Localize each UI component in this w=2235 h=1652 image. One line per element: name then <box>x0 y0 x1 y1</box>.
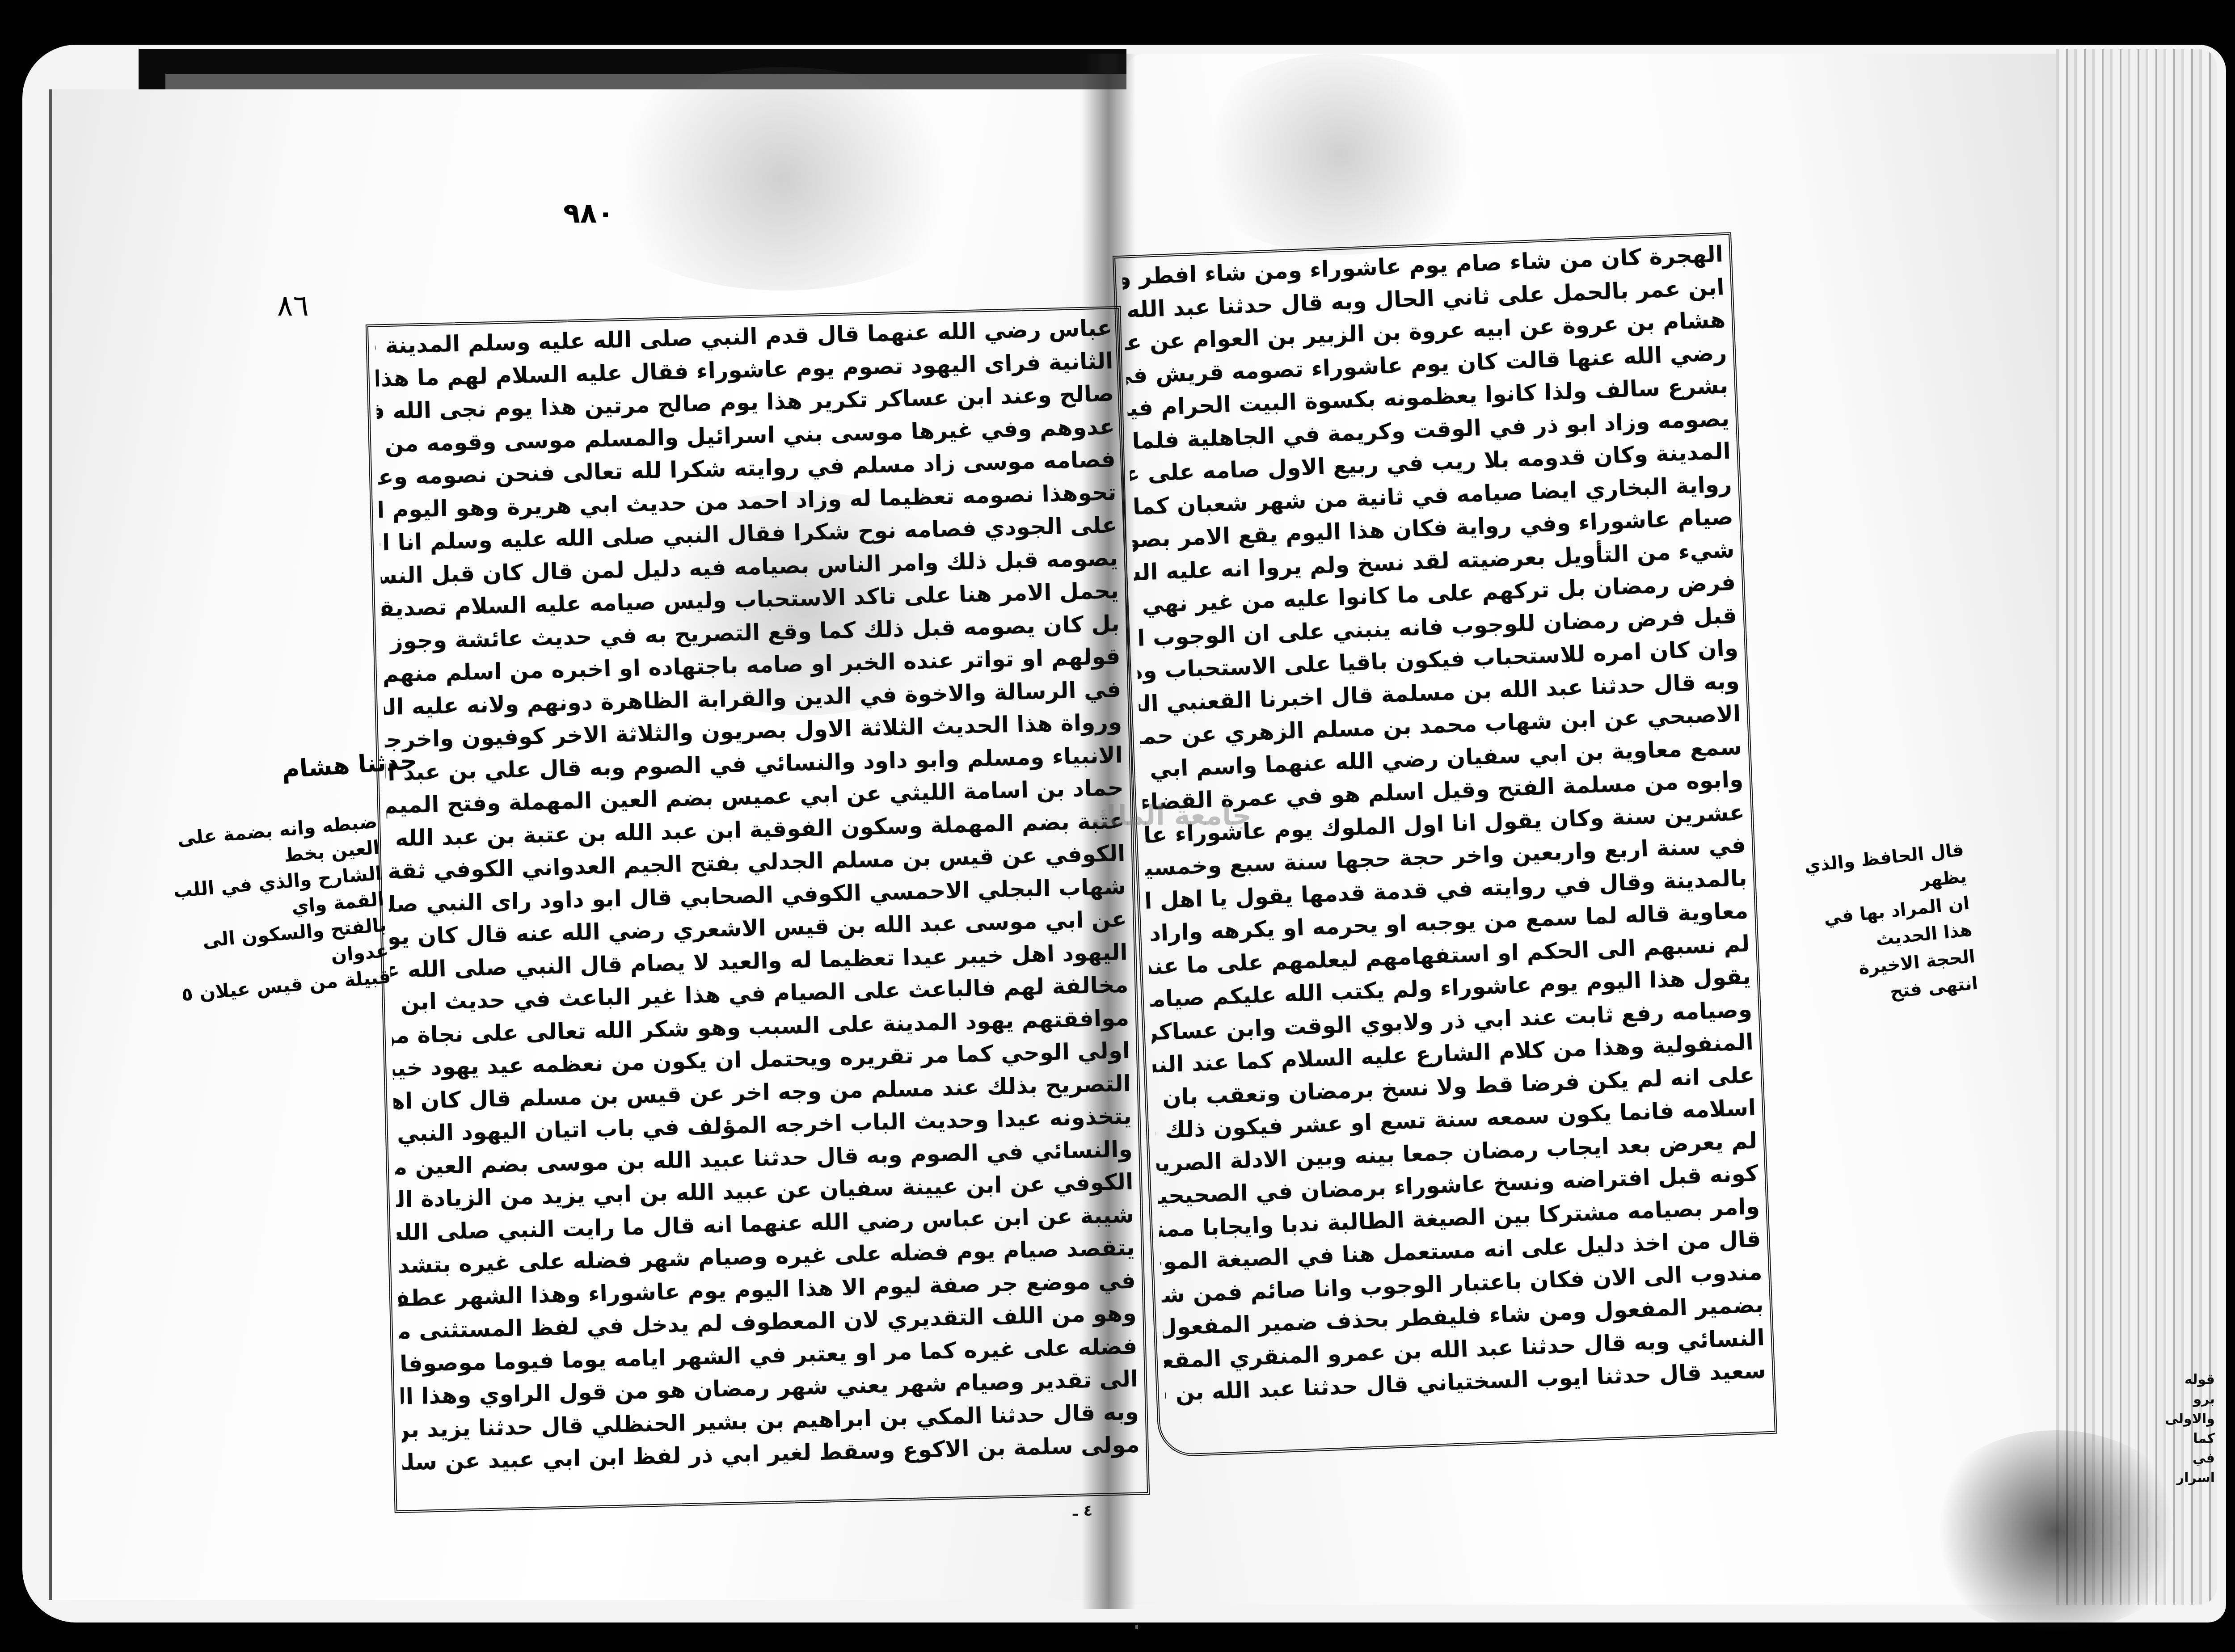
right-margin-note: قال الحافظ والذي يظهر ان المراد بها في ه… <box>1793 836 1979 1014</box>
catchword: ٤ ـ <box>1073 1502 1092 1520</box>
margin-note-line: اسرار <box>2179 1468 2215 1488</box>
water-stain <box>1185 54 1497 255</box>
edge-margin-note: قوله برو والاولى كما في اسرار <box>2179 1370 2215 1488</box>
left-margin-note: ضبطه وانه بضمة على العين بخط الشارح والذ… <box>153 809 392 1009</box>
dark-stain <box>1922 1430 2190 1631</box>
right-page-text-block: الهجرة كان من شاء صام يوم عاشوراء ومن شا… <box>1113 232 1777 1457</box>
left-page-text-block: عباس رضي الله عنهما قال قدم النبي صلى ال… <box>366 306 1150 1513</box>
scan-artifact <box>1135 1625 1138 1629</box>
margin-note-line: قوله برو <box>2179 1370 2215 1409</box>
margin-note-line: كما في <box>2179 1429 2215 1468</box>
manuscript-scan: ٩٨٠ ٨٦ عباس رضي الله عنهما قال قدم النبي… <box>0 0 2235 1652</box>
water-stain <box>581 67 983 291</box>
binding-shadow-inner <box>165 74 1126 92</box>
margin-note-line: والاولى <box>2179 1409 2215 1429</box>
page-number: ٨٦ <box>277 288 309 323</box>
folio-number: ٩٨٠ <box>563 197 614 229</box>
